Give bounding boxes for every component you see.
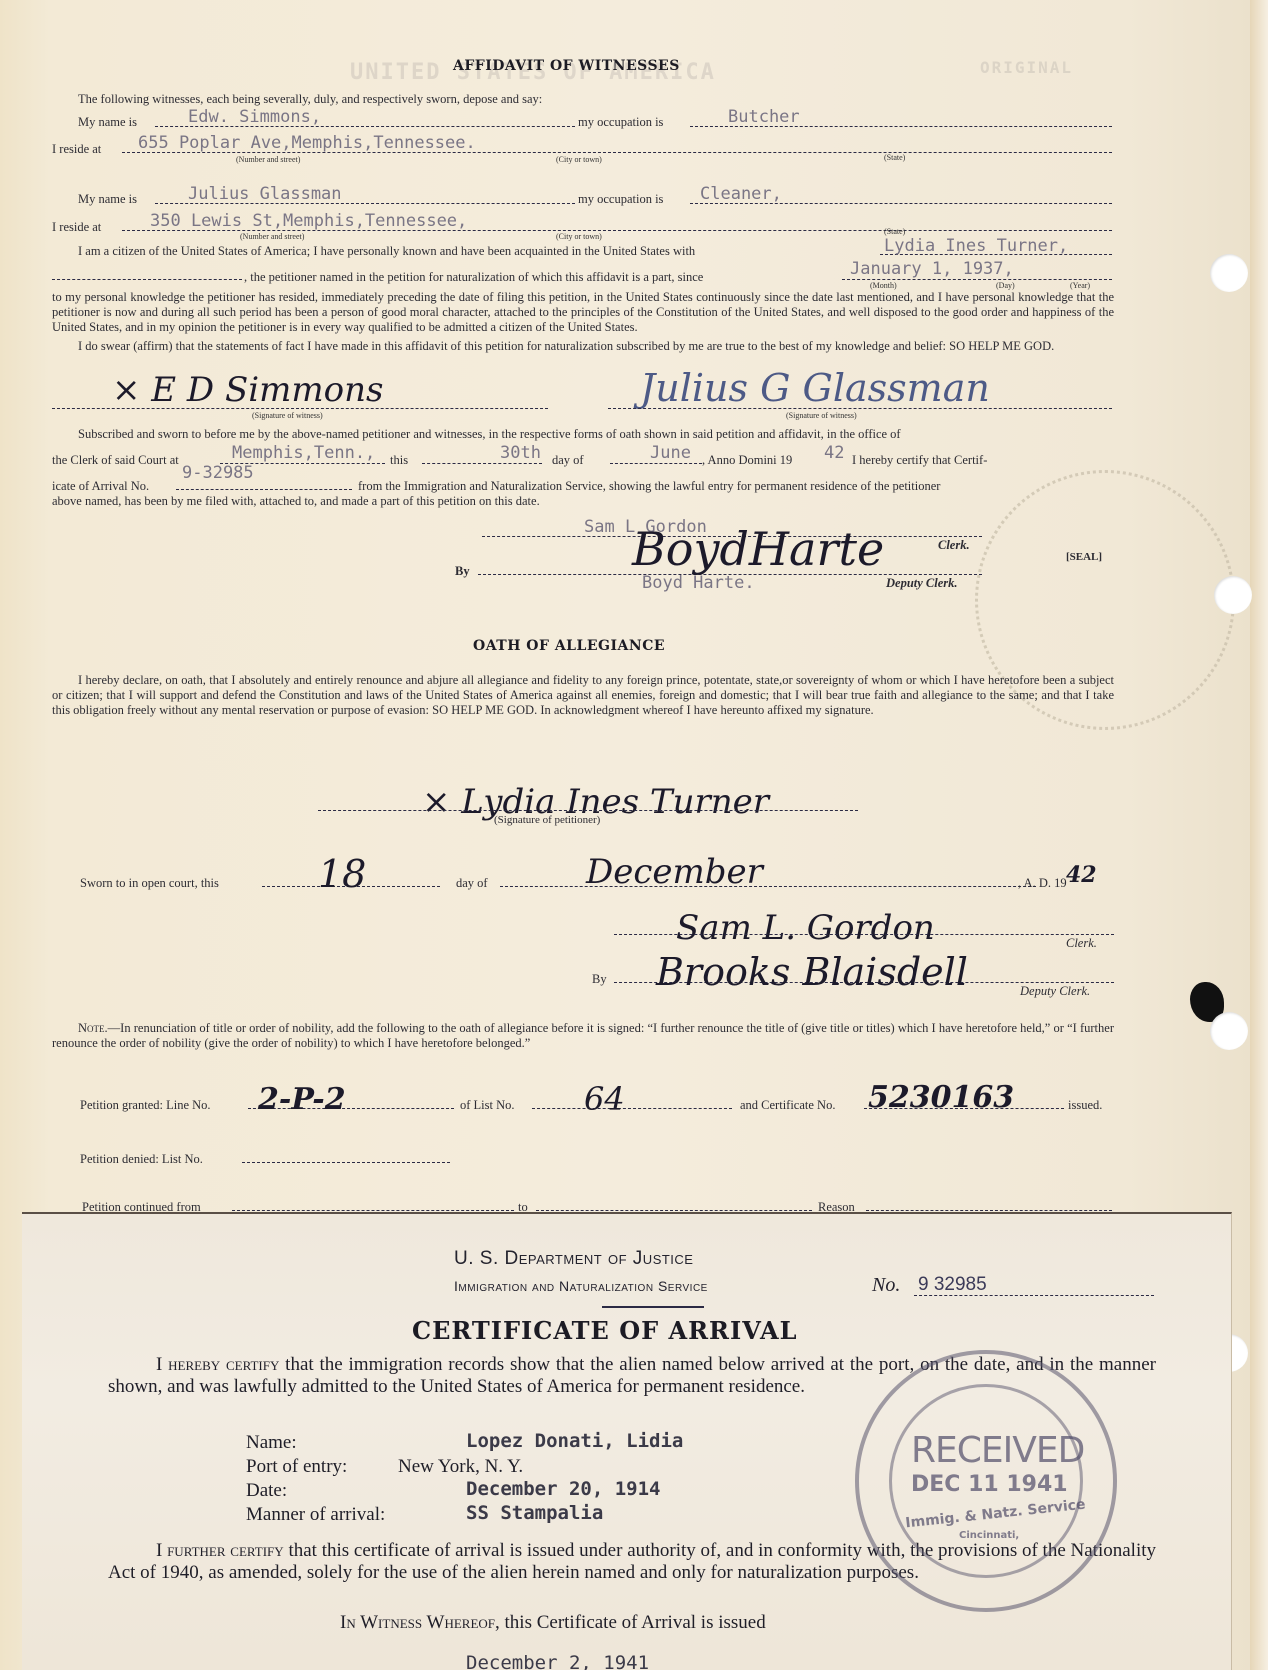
city-caption: (City or town) bbox=[556, 155, 602, 164]
witness1-name: Edw. Simmons, bbox=[188, 107, 321, 127]
anno-label: , Anno Domini 19 bbox=[702, 453, 792, 468]
petitioner-name: Lydia Ines Turner, bbox=[884, 236, 1068, 256]
punch-hole bbox=[1214, 576, 1252, 614]
city-caption: (City or town) bbox=[556, 232, 602, 241]
sworn-label: Sworn to in open court, this bbox=[80, 876, 219, 891]
seal-label: [SEAL] bbox=[1066, 551, 1102, 563]
day-of-label: day of bbox=[552, 453, 584, 468]
issued-label: issued. bbox=[1068, 1098, 1102, 1113]
sworn-day-of-label: day of bbox=[456, 876, 488, 891]
sworn-day: 18 bbox=[318, 852, 366, 896]
punch-hole bbox=[1210, 1012, 1248, 1050]
ad-label: , A. D. 19 bbox=[1018, 876, 1067, 891]
petition-denied-label: Petition denied: List No. bbox=[80, 1152, 203, 1167]
punch-hole bbox=[1210, 254, 1248, 292]
cert-no-label: No. bbox=[872, 1274, 900, 1297]
state-caption: (State) bbox=[884, 227, 905, 236]
received-stamp: RECEIVED DEC 11 1941 Immig. & Natz. Serv… bbox=[855, 1350, 1117, 1612]
stamp-received: RECEIVED bbox=[911, 1430, 1084, 1471]
day-line bbox=[422, 463, 542, 464]
continued-from-line bbox=[232, 1210, 514, 1211]
oath-title: OATH OF ALLEGIANCE bbox=[473, 638, 665, 654]
list-no-line bbox=[532, 1108, 732, 1109]
deputy-clerk-label: Deputy Clerk. bbox=[886, 576, 958, 591]
witness-body: this Certificate of Arrival is issued bbox=[500, 1612, 766, 1633]
knowledge-statement: to my personal knowledge the petitioner … bbox=[52, 290, 1114, 335]
certify-lead: I hereby certify bbox=[156, 1354, 279, 1375]
bleed-through-text: ORIGINAL bbox=[980, 58, 1073, 77]
alien-name: Lopez Donati, Lidia bbox=[466, 1430, 683, 1452]
further-lead: I further certify bbox=[156, 1540, 284, 1561]
deputy-typed-name: Boyd Harte. bbox=[642, 573, 755, 593]
line-no: 2-P-2 bbox=[258, 1082, 346, 1117]
oath-clerk-label: Clerk. bbox=[1066, 936, 1097, 951]
petitioner-signature-line bbox=[318, 810, 858, 811]
continued-to-line bbox=[536, 1210, 812, 1211]
arrival-date: December 20, 1914 bbox=[466, 1478, 660, 1500]
oath-deputy-signature: Brooks Blaisdell bbox=[656, 950, 968, 994]
manner-label: Manner of arrival: bbox=[246, 1504, 385, 1526]
street-caption: (Number and street) bbox=[240, 232, 304, 241]
affidavit-title: AFFIDAVIT OF WITNESSES bbox=[453, 58, 680, 74]
deputy-signature: BoydHarte bbox=[632, 522, 884, 576]
list-no-label: of List No. bbox=[460, 1098, 515, 1113]
signature-caption: (Signature of witness) bbox=[786, 411, 857, 420]
port-value: New York, N. Y. bbox=[398, 1456, 523, 1478]
clerk-label: Clerk. bbox=[938, 538, 970, 553]
arrival-no: 9-32985 bbox=[182, 463, 254, 483]
petitioner-continuation-line bbox=[52, 279, 242, 280]
citizen-statement: I am a citizen of the United States of A… bbox=[78, 244, 695, 259]
this-label: this bbox=[390, 453, 408, 468]
month-value: June bbox=[650, 443, 691, 463]
oath-by-label: By bbox=[592, 972, 607, 987]
sworn-month-line bbox=[500, 886, 1036, 887]
witness1-signature-line bbox=[52, 408, 548, 409]
certificate-no-label: and Certificate No. bbox=[740, 1098, 835, 1113]
witness2-reside-label: I reside at bbox=[52, 220, 101, 235]
by-label: By bbox=[455, 564, 470, 579]
witness1-signature: × E D Simmons bbox=[112, 370, 383, 410]
witness2-name-label: My name is bbox=[78, 192, 137, 207]
witness1-reside-label: I reside at bbox=[52, 142, 101, 157]
month-line bbox=[610, 463, 702, 464]
port-label: Port of entry: bbox=[246, 1456, 347, 1478]
petition-granted-label: Petition granted: Line No. bbox=[80, 1098, 211, 1113]
day-value: 30th bbox=[500, 443, 541, 463]
street-caption: (Number and street) bbox=[236, 155, 300, 164]
oath-clerk-signature: Sam L. Gordon bbox=[676, 908, 935, 948]
cert-number: 9 32985 bbox=[918, 1274, 987, 1296]
witness2-occupation-label: my occupation is bbox=[578, 192, 663, 207]
state-caption: (State) bbox=[884, 153, 905, 162]
note-body: —In renunciation of title or order of no… bbox=[52, 1021, 1114, 1050]
court-place: Memphis,Tenn., bbox=[232, 443, 375, 463]
clerk-court-label: the Clerk of said Court at bbox=[52, 453, 179, 468]
sworn-year: 42 bbox=[1066, 862, 1097, 888]
oath-text: I hereby declare, on oath, that I absolu… bbox=[52, 673, 1114, 718]
since-date-line bbox=[842, 279, 1112, 280]
page-edge bbox=[1250, 0, 1268, 1670]
oath-deputy-label: Deputy Clerk. bbox=[1020, 984, 1090, 999]
title-rule bbox=[602, 1306, 704, 1308]
manner-value: SS Stampalia bbox=[466, 1502, 603, 1524]
arrival-statement: from the Immigration and Naturalization … bbox=[358, 479, 940, 494]
sworn-month: December bbox=[586, 852, 763, 892]
witness1-occupation: Butcher bbox=[728, 107, 800, 127]
subscribed-statement: Subscribed and sworn to before me by the… bbox=[78, 427, 901, 442]
date-label: Date: bbox=[246, 1480, 287, 1502]
witness2-address: 350 Lewis St,Memphis,Tennessee, bbox=[150, 211, 467, 231]
service-name: Immigration and Naturalization Service bbox=[454, 1278, 708, 1294]
witness2-name: Julius Glassman bbox=[188, 184, 342, 204]
year-value: 42 bbox=[824, 443, 844, 463]
stamp-city: Cincinnati, bbox=[959, 1530, 1019, 1541]
arrival-no-line bbox=[176, 489, 352, 490]
petitioner-statement: , the petitioner named in the petition f… bbox=[244, 270, 703, 285]
reason-line bbox=[866, 1210, 1112, 1211]
note-text: Note.—In renunciation of title or order … bbox=[52, 1021, 1114, 1051]
department-name: U. S. Department of Justice bbox=[454, 1248, 693, 1270]
list-no: 64 bbox=[584, 1080, 625, 1118]
day-caption: (Day) bbox=[996, 281, 1015, 290]
witness2-signature: Julius G Glassman bbox=[640, 366, 990, 410]
witness1-occupation-label: my occupation is bbox=[578, 115, 663, 130]
arrival-label: icate of Arrival No. bbox=[52, 479, 149, 494]
certificate-no: 5230163 bbox=[868, 1080, 1014, 1115]
certify-statement: I hereby certify that Certif- bbox=[852, 453, 987, 468]
witness2-signature-line bbox=[608, 408, 1112, 409]
certificate-title: CERTIFICATE OF ARRIVAL bbox=[412, 1316, 797, 1345]
witness1-name-label: My name is bbox=[78, 115, 137, 130]
swear-statement: I do swear (affirm) that the statements … bbox=[52, 339, 1114, 354]
filed-statement: above named, has been by me filed with, … bbox=[52, 494, 540, 509]
oath-clerk-line bbox=[614, 934, 1114, 935]
affidavit-intro: The following witnesses, each being seve… bbox=[78, 92, 542, 107]
year-caption: (Year) bbox=[1070, 281, 1090, 290]
signature-caption: (Signature of witness) bbox=[252, 411, 323, 420]
since-date: January 1, 1937, bbox=[850, 259, 1014, 279]
name-label: Name: bbox=[246, 1432, 297, 1454]
witness1-address: 655 Poplar Ave,Memphis,Tennessee. bbox=[138, 133, 476, 153]
note-prefix: Note. bbox=[78, 1021, 108, 1035]
petitioner-signature-caption: (Signature of petitioner) bbox=[494, 814, 600, 826]
witness-lead: In Witness Whereof, bbox=[340, 1612, 500, 1633]
witness2-occupation: Cleaner, bbox=[700, 184, 782, 204]
denied-list-line bbox=[242, 1162, 450, 1163]
issued-date: December 2, 1941 bbox=[466, 1652, 649, 1670]
witness-whereof: In Witness Whereof, this Certificate of … bbox=[340, 1612, 766, 1634]
stamp-date: DEC 11 1941 bbox=[911, 1472, 1068, 1497]
month-caption: (Month) bbox=[870, 281, 897, 290]
